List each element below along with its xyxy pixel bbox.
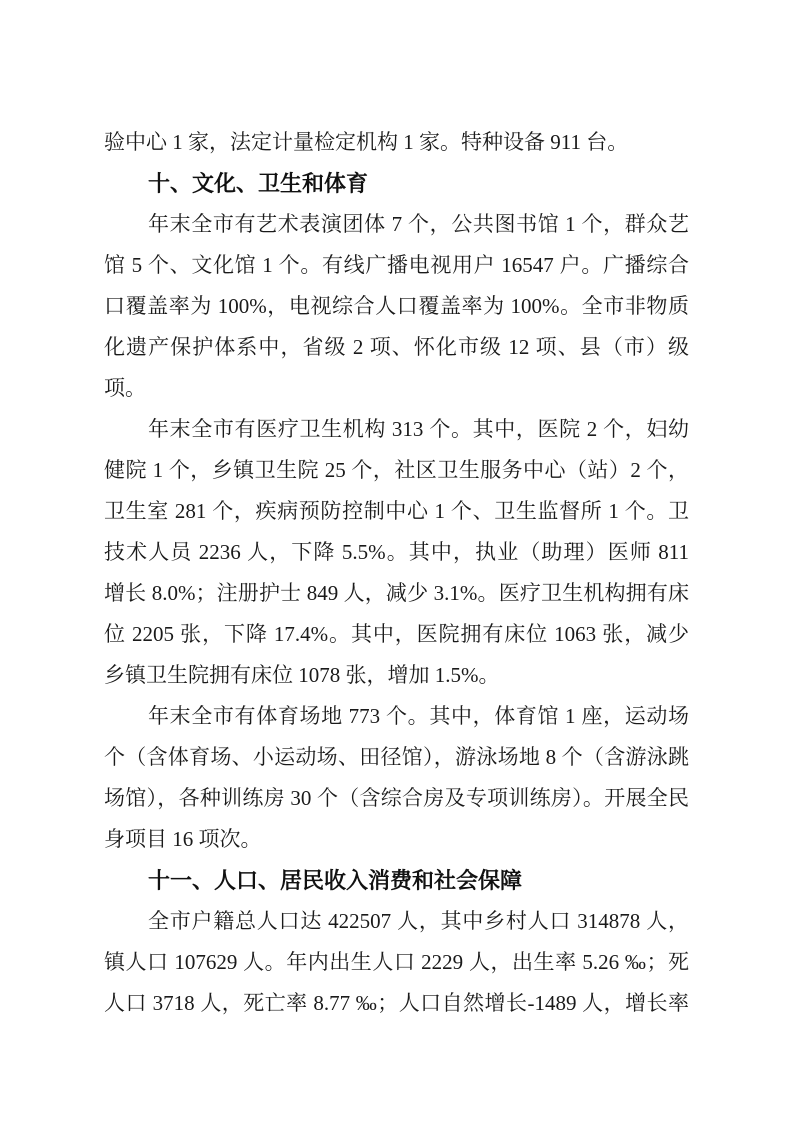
body-text-line: 位 2205 张，下降 17.4%。其中，医院拥有床位 1063 张，减少 0.… (104, 614, 689, 655)
body-text-line: 全市户籍总人口达 422507 人，其中乡村人口 314878 人，城 (104, 901, 689, 942)
body-text-line: 身项目 16 项次。 (104, 819, 689, 860)
body-text-line: 年末全市有艺术表演团体 7 个，公共图书馆 1 个，群众艺术 (104, 204, 689, 245)
section-heading: 十一、人口、居民收入消费和社会保障 (104, 860, 689, 901)
section-heading: 十、文化、卫生和体育 (104, 163, 689, 204)
body-text-line: 健院 1 个，乡镇卫生院 25 个，社区卫生服务中心（站）2 个，村 (104, 450, 689, 491)
document-content: 验中心 1 家，法定计量检定机构 1 家。特种设备 911 台。十、文化、卫生和… (104, 122, 689, 1024)
body-text-line: 馆 5 个、文化馆 1 个。有线广播电视用户 16547 户。广播综合人 (104, 245, 689, 286)
body-text-line: 年末全市有体育场地 773 个。其中，体育馆 1 座，运动场 362 (104, 696, 689, 737)
body-text-line: 项。 (104, 368, 689, 409)
body-text-line: 卫生室 281 个，疾病预防控制中心 1 个、卫生监督所 1 个。卫生 (104, 491, 689, 532)
body-text-line: 增长 8.0%；注册护士 849 人，减少 3.1%。医疗卫生机构拥有床 (104, 573, 689, 614)
body-text-line: 场馆），各种训练房 30 个（含综合房及专项训练房）。开展全民健 (104, 778, 689, 819)
body-text-line: 个（含体育场、小运动场、田径馆），游泳场地 8 个（含游泳跳水 (104, 737, 689, 778)
document-page: 验中心 1 家，法定计量检定机构 1 家。特种设备 911 台。十、文化、卫生和… (0, 0, 793, 1122)
body-text-line: 技术人员 2236 人，下降 5.5%。其中，执业（助理）医师 811 人， (104, 532, 689, 573)
body-text-line: 化遗产保护体系中，省级 2 项、怀化市级 12 项、县（市）级 161 (104, 327, 689, 368)
body-text-line: 乡镇卫生院拥有床位 1078 张，增加 1.5%。 (104, 655, 689, 696)
body-text-line: 人口 3718 人，死亡率 8.77 ‰；人口自然增长-1489 人，增长率 (104, 983, 689, 1024)
body-text-line: 年末全市有医疗卫生机构 313 个。其中，医院 2 个，妇幼保 (104, 409, 689, 450)
body-text-line: 验中心 1 家，法定计量检定机构 1 家。特种设备 911 台。 (104, 122, 689, 163)
body-text-line: 口覆盖率为 100%，电视综合人口覆盖率为 100%。全市非物质文 (104, 286, 689, 327)
body-text-line: 镇人口 107629 人。年内出生人口 2229 人，出生率 5.26 ‰；死亡 (104, 942, 689, 983)
